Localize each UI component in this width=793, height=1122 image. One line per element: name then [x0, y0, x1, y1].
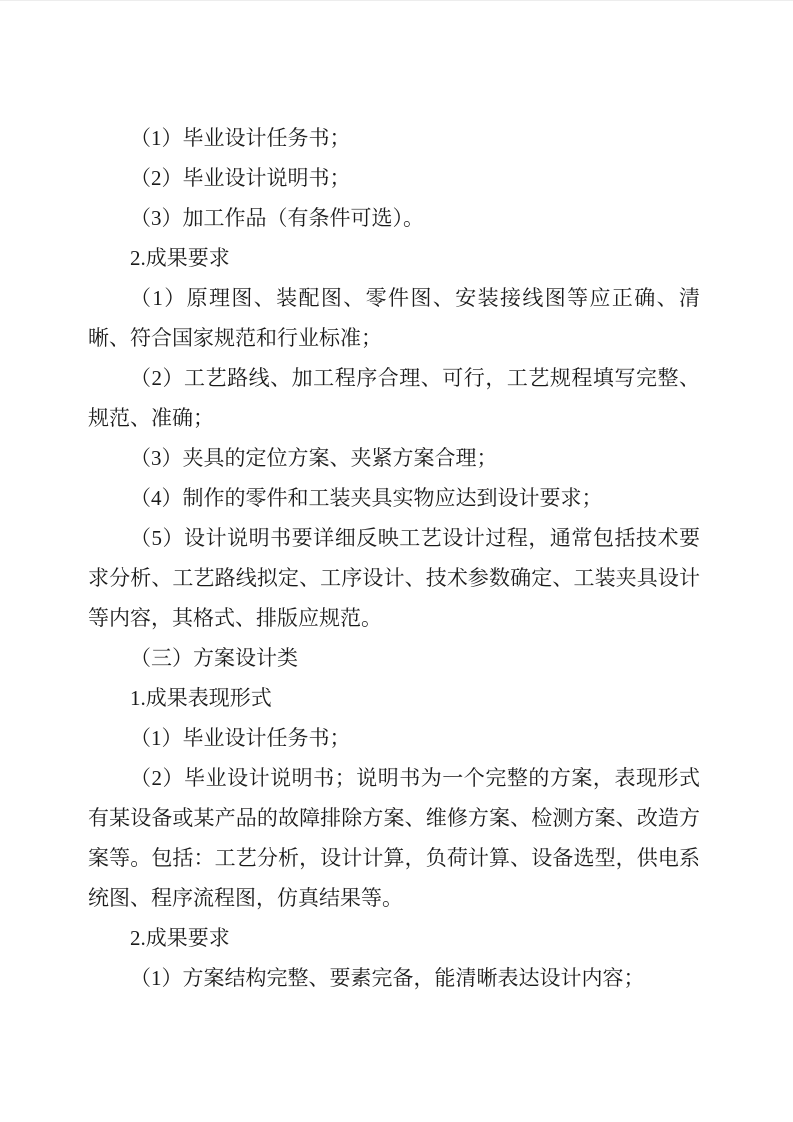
paragraph-list-item: （1）原理图、装配图、零件图、安装接线图等应正确、清晰、符合国家规范和行业标准；: [88, 278, 700, 358]
paragraph-list-item: （5）设计说明书要详细反映工艺设计过程，通常包括技术要求分析、工艺路线拟定、工序…: [88, 518, 700, 638]
paragraph-list-item: （3）夹具的定位方案、夹紧方案合理；: [88, 438, 700, 478]
paragraph-heading: 2.成果要求: [88, 918, 700, 958]
paragraph-heading: 2.成果要求: [88, 238, 700, 278]
paragraph-heading: 1.成果表现形式: [88, 678, 700, 718]
paragraph-list-item: （2）工艺路线、加工程序合理、可行，工艺规程填写完整、规范、准确；: [88, 358, 700, 438]
paragraph-list-item: （3）加工作品（有条件可选）。: [88, 198, 700, 238]
paragraph-section-heading: （三）方案设计类: [88, 638, 700, 678]
paragraph-list-item: （4）制作的零件和工装夹具实物应达到设计要求；: [88, 478, 700, 518]
paragraph-list-item: （2）毕业设计说明书；: [88, 158, 700, 198]
document-body: （1）毕业设计任务书； （2）毕业设计说明书； （3）加工作品（有条件可选）。 …: [88, 118, 700, 998]
paragraph-list-item: （1）毕业设计任务书；: [88, 118, 700, 158]
paragraph-list-item: （1）毕业设计任务书；: [88, 718, 700, 758]
document-page: （1）毕业设计任务书； （2）毕业设计说明书； （3）加工作品（有条件可选）。 …: [0, 0, 793, 1122]
paragraph-list-item: （1）方案结构完整、要素完备，能清晰表达设计内容；: [88, 958, 700, 998]
paragraph-list-item: （2）毕业设计说明书；说明书为一个完整的方案，表现形式有某设备或某产品的故障排除…: [88, 758, 700, 918]
